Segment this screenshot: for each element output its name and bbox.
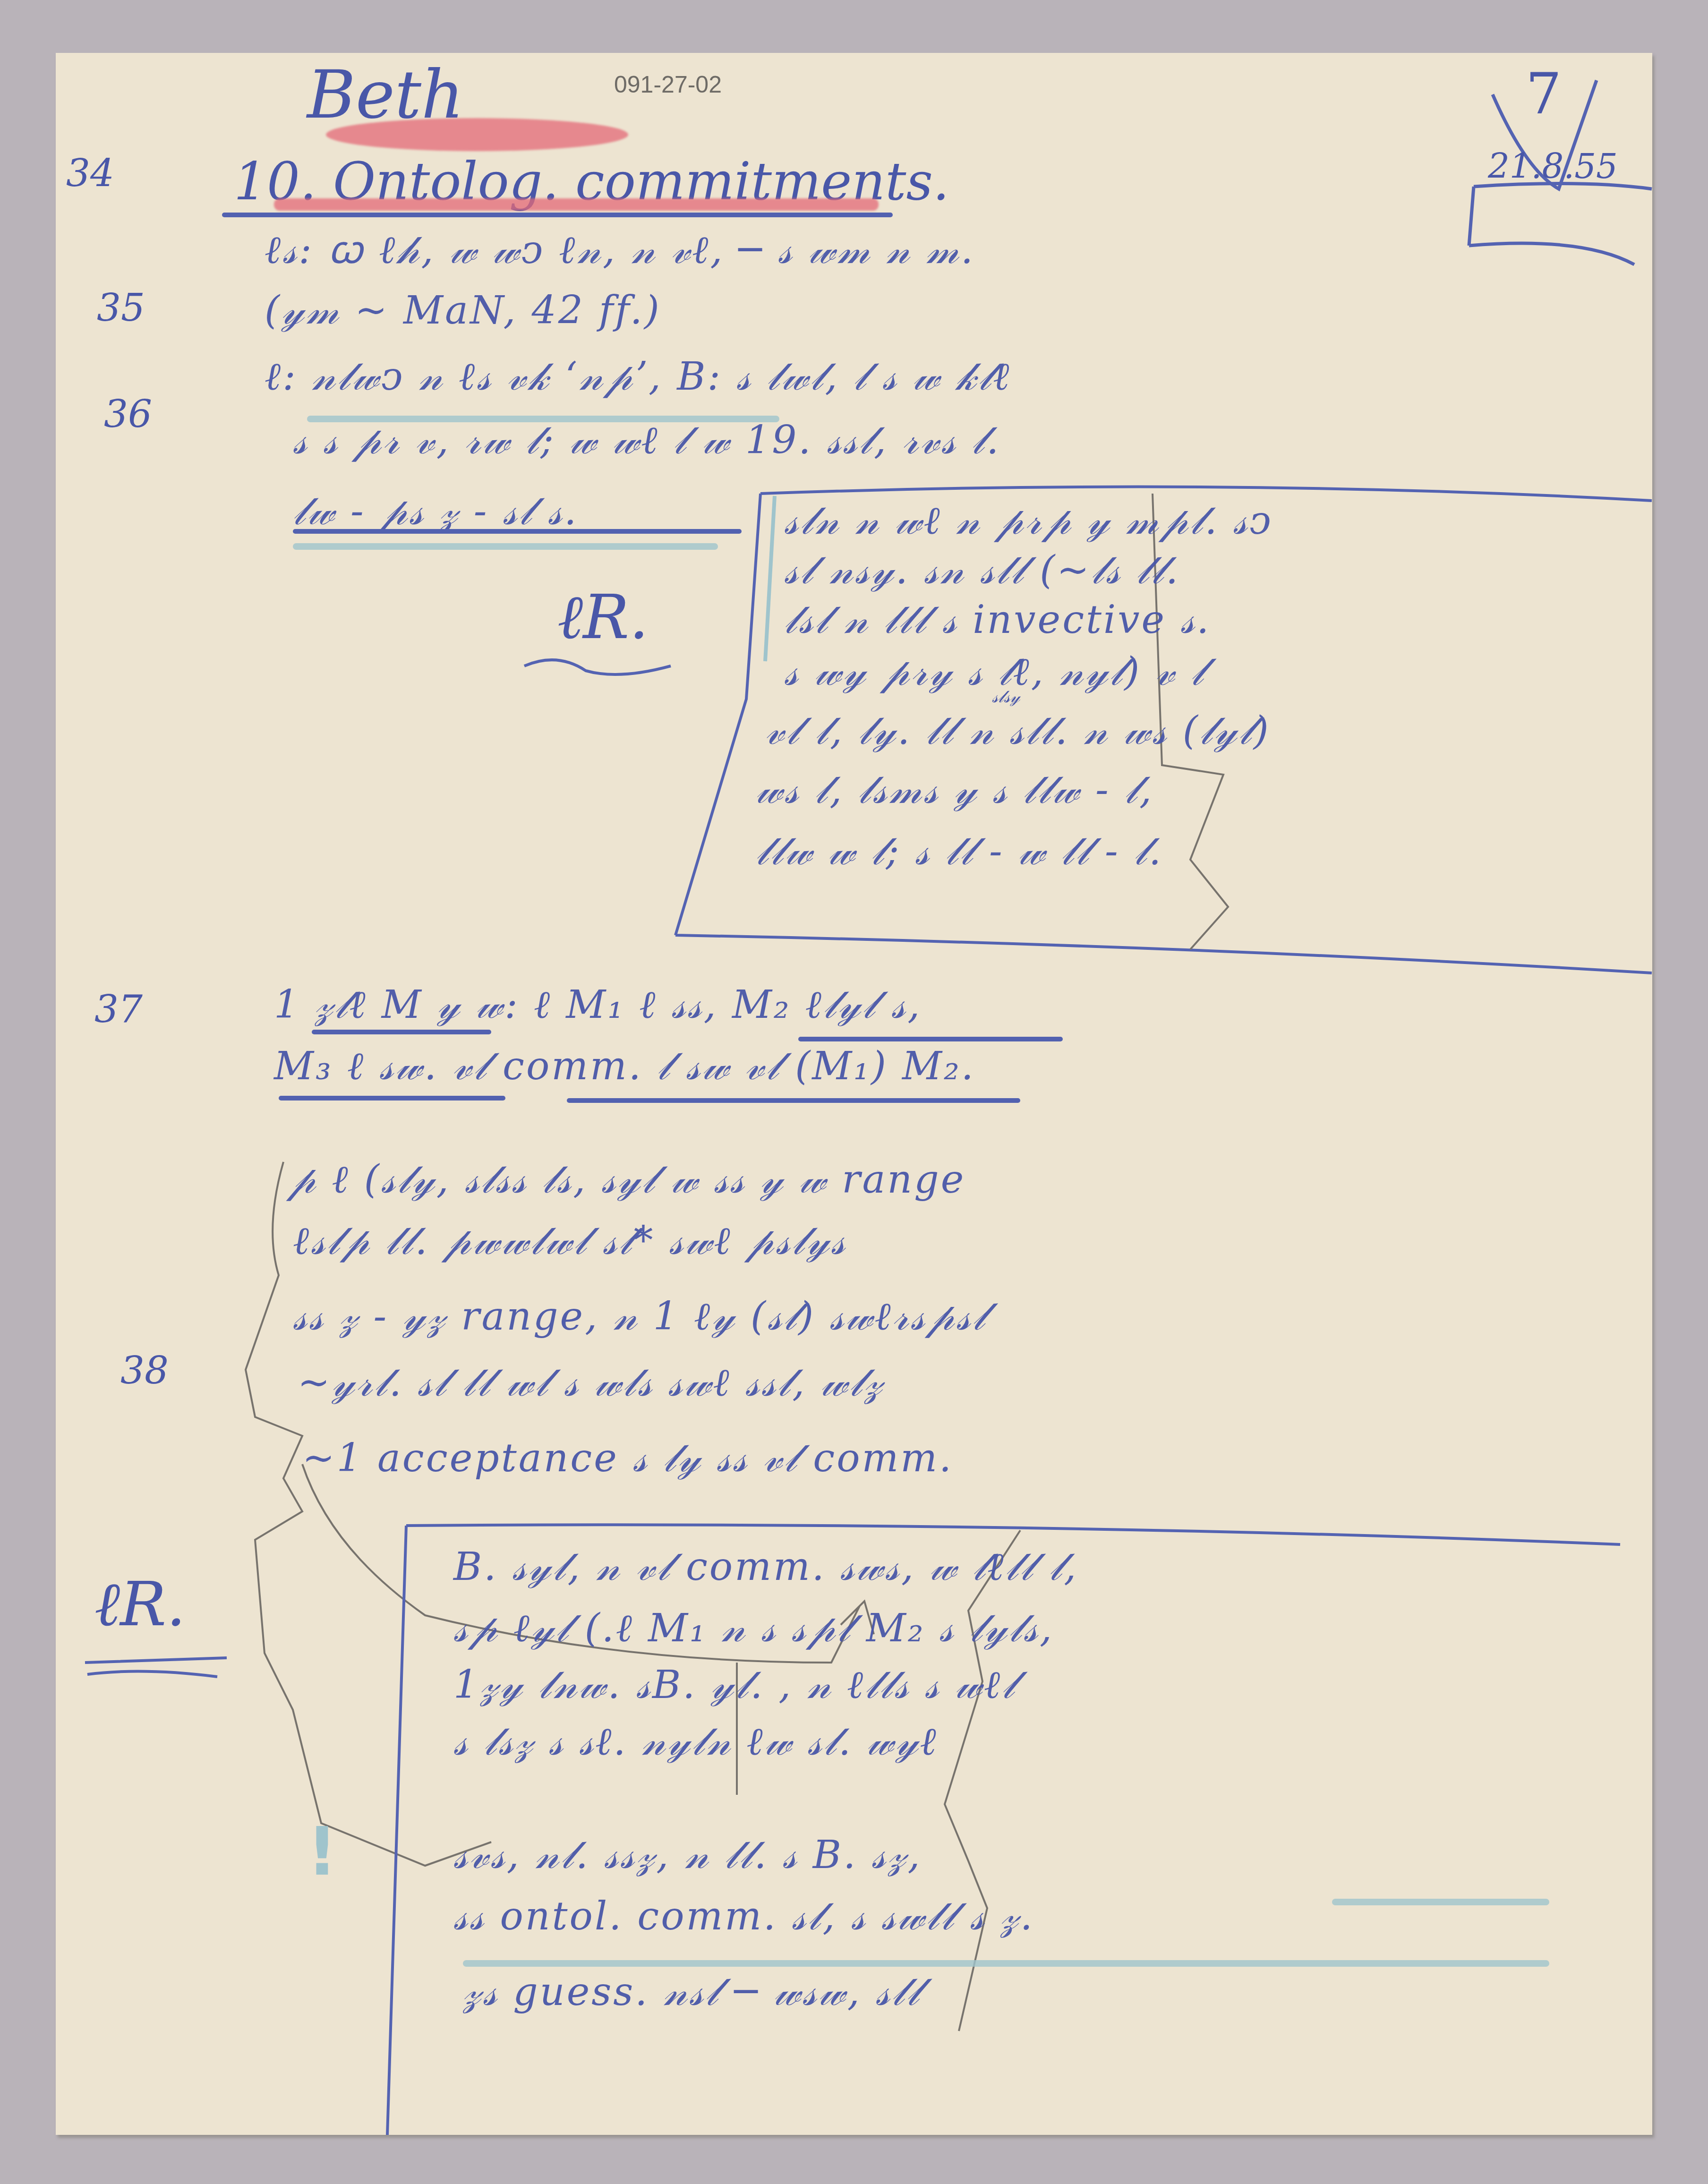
date-stamp: 21.8.55 bbox=[1488, 146, 1618, 186]
cyan-underline bbox=[463, 1960, 1549, 1967]
underline bbox=[798, 1037, 1063, 1041]
underline bbox=[279, 1096, 505, 1101]
text-line: ~1 acceptance 𝓈 𝓁𝓎 𝓈𝓈 𝓋𝓁 comm. bbox=[302, 1436, 953, 1481]
underline bbox=[567, 1098, 1020, 1103]
text-line: 𝓈 𝓈 𝓅𝓇 𝓋, 𝓇𝓌 𝓁; 𝓌 𝓌ℓ 𝓁 𝓌 19. 𝓈𝓈𝓁, 𝓇𝓋𝓈 𝓁. bbox=[293, 418, 1000, 463]
box1-line: 𝓈𝓁𝓃 𝓃 𝓌ℓ 𝓃 𝓅𝓇𝓅 𝓎 𝓂𝓅𝓁. 𝓈ↄ bbox=[784, 498, 1273, 544]
text-line: 𝓅 ℓ (𝓈𝓁𝓎, 𝓈𝓁𝓈𝓈 𝓁𝓈, 𝓈𝓎𝓁 𝓌 𝓈𝓈 𝓎 𝓌 range bbox=[288, 1157, 965, 1203]
box1-line: 𝓁𝓈𝓁 𝓃 𝓁𝓁𝓁 𝓈 invective 𝓈. bbox=[784, 597, 1211, 643]
margin-number-38: 38 bbox=[120, 1348, 169, 1392]
margin-number-37: 37 bbox=[94, 987, 143, 1031]
exclamation-mark: ! bbox=[307, 1814, 337, 1891]
text-line: (𝓎𝓂 ~ MaN, 42 ff.) bbox=[265, 288, 661, 333]
box1-line: 𝓌𝓈 𝓁, 𝓁𝓈𝓂𝓈 𝓎 𝓈 𝓁𝓁𝓌 - 𝓁, bbox=[756, 768, 1153, 813]
box2-line: 𝓏𝓈 guess. 𝓃𝓈𝓁 ─ 𝓌𝓈𝓌, 𝓈𝓁𝓁 bbox=[463, 1970, 922, 2015]
red-underline bbox=[274, 198, 879, 211]
margin-number-36: 36 bbox=[104, 392, 152, 436]
box1-line: 𝓈𝓁 𝓃𝓈𝓎. 𝓈𝓃 𝓈𝓁𝓁 (~𝓁𝓈 𝓁𝓁. bbox=[784, 548, 1180, 593]
underline bbox=[293, 529, 742, 534]
text-line: M₃ ℓ 𝓈𝓌. 𝓋𝓁 comm. 𝓁 𝓈𝓌 𝓋𝓁 (M₁) M₂. bbox=[274, 1044, 975, 1089]
box2-line: 𝓈 𝓁𝓈𝓏 𝓈 𝓈ℓ. 𝓃𝓎𝓁𝓃 ℓ𝓌 𝓈𝓁. 𝓌𝓎ℓ bbox=[453, 1719, 938, 1765]
text-line: ℓ𝓈𝓁𝓅 𝓁𝓁. 𝓅𝓌𝓌𝓁𝓌𝓁 𝓈𝓁* 𝓈𝓌ℓ 𝓅𝓈𝓁𝓎𝓈 bbox=[293, 1219, 847, 1264]
cyan-underline bbox=[293, 543, 718, 550]
text-line: 𝓈𝓈 𝓏 - 𝓎𝓏 range, 𝓃 1 ℓ𝓎 (𝓈𝓁) 𝓈𝓌ℓ𝓇𝓈𝓅𝓈𝓁 bbox=[293, 1294, 987, 1339]
archive-number: 091-27-02 bbox=[614, 71, 722, 98]
box2-line: 𝓈𝓋𝓈, 𝓃𝓁. 𝓈𝓈𝓏, 𝓃 𝓁𝓁. 𝓈 B. 𝓈𝓏, bbox=[453, 1833, 922, 1878]
box2-line: 1𝓏𝓎 𝓁𝓃𝓌. 𝓈B. 𝓎𝓁. , 𝓃 ℓ𝓁𝓁𝓈 𝓈 𝓌ℓ𝓁 bbox=[453, 1663, 1016, 1708]
red-pencil-mark bbox=[326, 118, 628, 151]
box2-line: B. 𝓈𝓎𝓁, 𝓃 𝓋𝓁 comm. 𝓈𝓌𝓈, 𝓌 𝓁ℓ𝓁𝓁 𝓁, bbox=[453, 1544, 1078, 1590]
editorial-mark-er: ℓR. bbox=[94, 1568, 186, 1640]
margin-number-34: 34 bbox=[66, 151, 114, 195]
margin-number-35: 35 bbox=[97, 286, 145, 330]
box1-line: 𝓋𝓁 𝓁, 𝓁𝓎. 𝓁𝓁 𝓃 𝓈𝓁𝓁. 𝓃 𝓌𝓈 (𝓁𝓎𝓁) bbox=[765, 708, 1271, 754]
text-line: ℓ: 𝓃𝓁𝓌ↄ 𝓃 ℓ𝓈 𝓋𝓀 ʻ𝓃𝓅ʼ, B: 𝓈 𝓁𝓌𝓁, 𝓁 𝓈 𝓌 𝓀𝓁… bbox=[265, 354, 1011, 400]
underline bbox=[312, 1030, 491, 1034]
text-line: 𝓁𝓌 - 𝓅𝓈 𝓏 - 𝓈𝓁 𝓈. bbox=[293, 489, 578, 534]
box2-line: 𝓈𝓈 ontol. comm. 𝓈𝓁, 𝓈 𝓈𝓌𝓁𝓁 𝓈 𝓏. bbox=[453, 1894, 1034, 1939]
text-line: 1 𝓏𝓁ℓ M 𝓎 𝓌: ℓ M₁ ℓ 𝓈𝓈, M₂ ℓ𝓁𝓎𝓁 𝓈, bbox=[274, 982, 922, 1028]
text-line: ℓ𝓈: ꞷ ℓ𝒽, 𝓌 𝓌ↄ ℓ𝓃, 𝓃 𝓋ℓ, ─ 𝓈 𝓌𝓂 𝓃 𝓂. bbox=[265, 222, 975, 275]
title-underline bbox=[222, 213, 893, 217]
text-line: ~𝓎𝓇𝓁. 𝓈𝓁 𝓁𝓁 𝓌𝓁 𝓈 𝓌𝓁𝓈 𝓈𝓌ℓ 𝓈𝓈𝓁, 𝓌𝓁𝓏 bbox=[298, 1360, 884, 1406]
box1-inserted-note: 𝓈𝓁𝓈𝓎 bbox=[992, 687, 1020, 707]
box2-line: 𝓈𝓅 ℓ𝓎𝓁 (.ℓ M₁ 𝓃 𝓈 𝓈𝓅𝓁 M₂ 𝓈 𝓁𝓎𝓁𝓈, bbox=[453, 1606, 1054, 1651]
editorial-mark-er: ℓR. bbox=[557, 581, 649, 653]
box1-line: 𝓁𝓁𝓌 𝓌 𝓁; 𝓈 𝓁𝓁 - 𝓌 𝓁𝓁 - 𝓁. bbox=[756, 829, 1163, 874]
page-number: 7 bbox=[1526, 61, 1562, 127]
cyan-underline bbox=[1332, 1899, 1549, 1905]
